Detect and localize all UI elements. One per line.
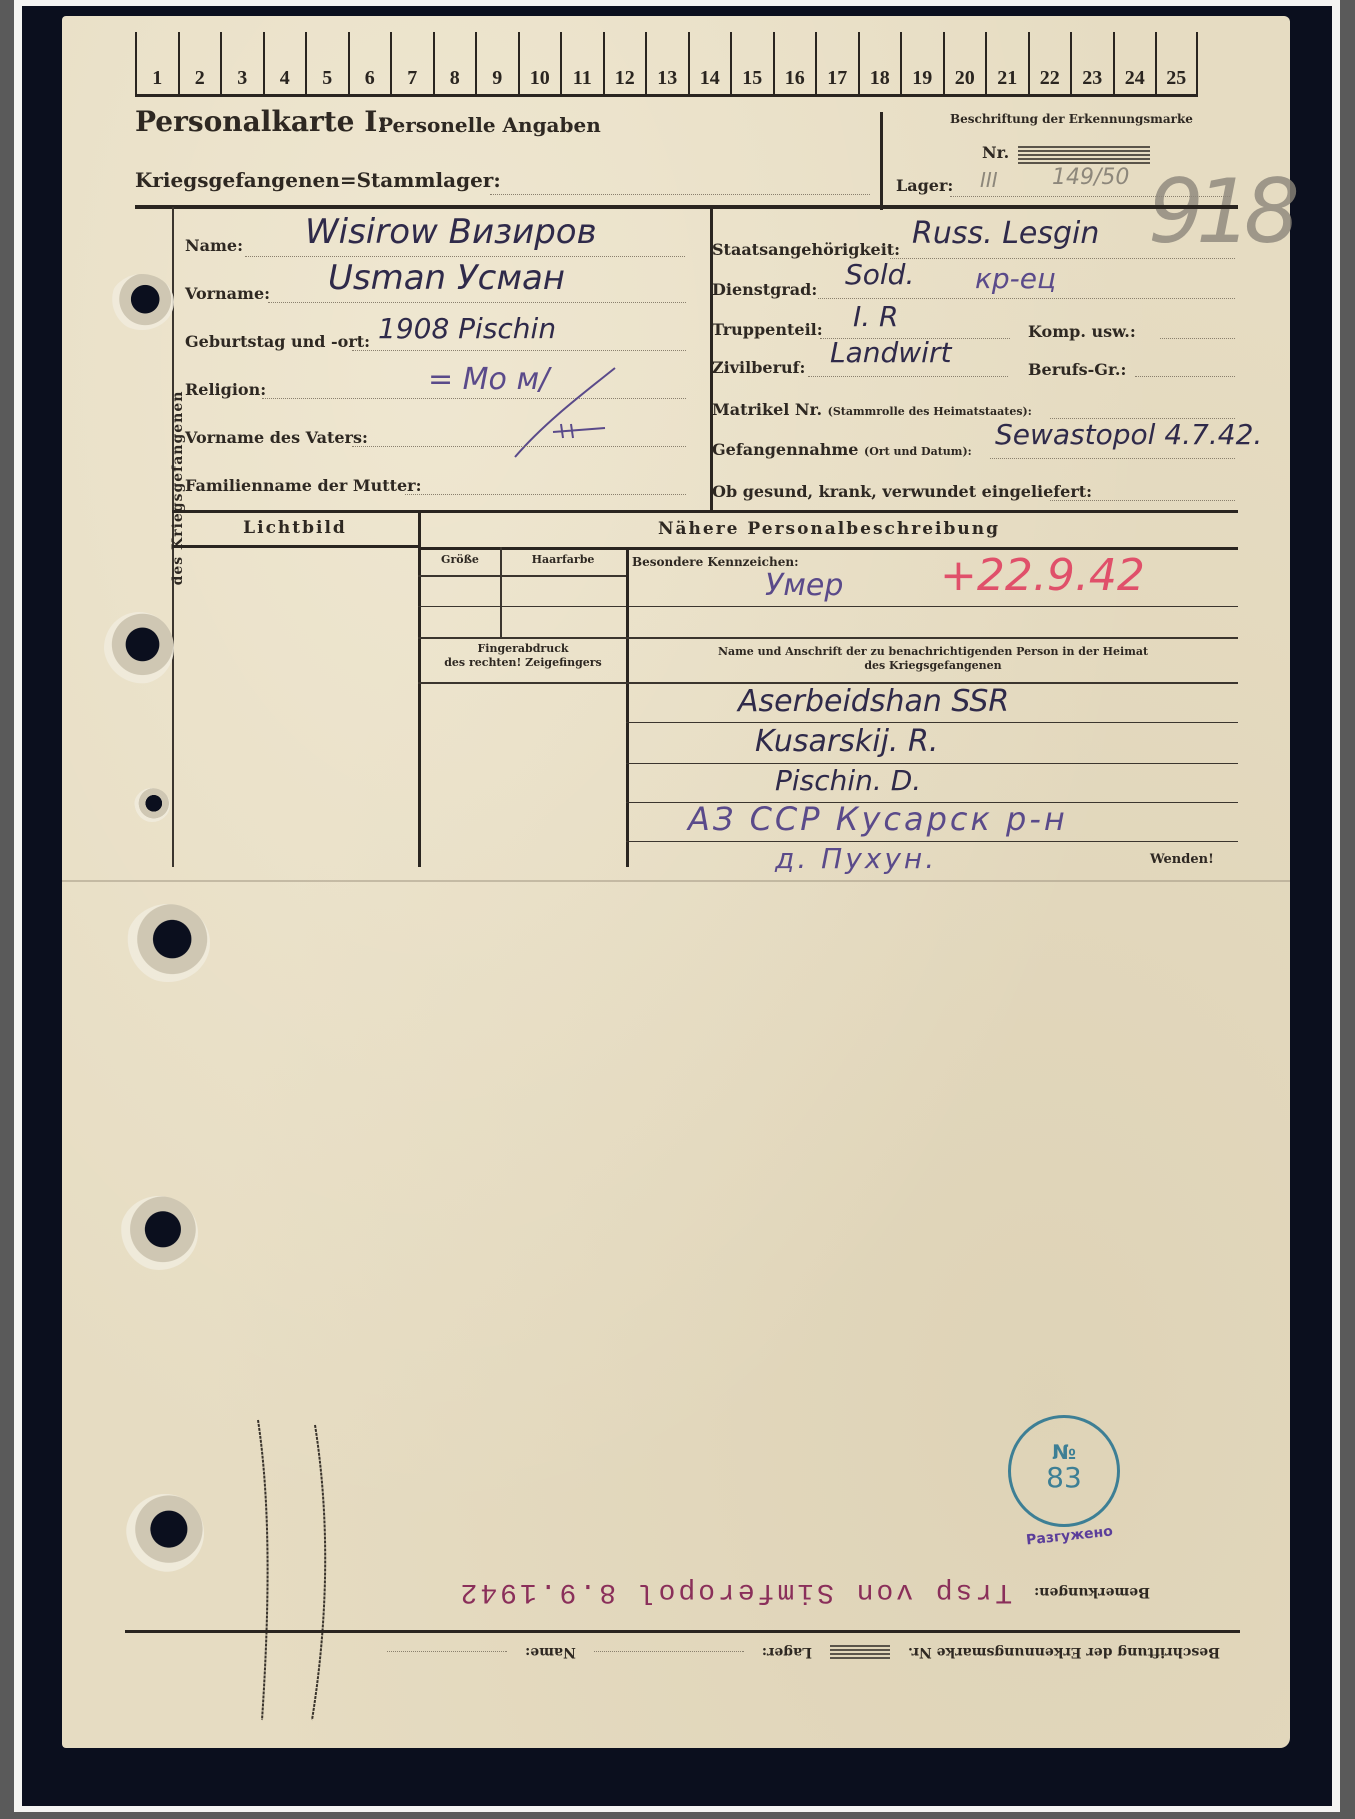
groesse-header-rule — [418, 575, 626, 577]
contact-label-line1: Name und Anschrift der zu benachrichtige… — [628, 645, 1238, 659]
vertical-side-label: des Kriegsgefangenen — [170, 368, 186, 608]
komp-field-line — [1160, 338, 1235, 339]
address-line-2: Kusarskij. R. — [755, 724, 938, 759]
strip-cell: 2 — [178, 32, 221, 94]
strip-cell: 17 — [815, 32, 858, 94]
staat-value: Russ. Lesgin — [912, 216, 1099, 251]
groesse-row-rule — [418, 606, 1238, 607]
address-rule-2 — [626, 763, 1238, 764]
geburt-value: 1908 Pischin — [378, 312, 556, 345]
name-value: Wisirow Визиров — [305, 212, 597, 252]
card-title: Personalkarte I: — [135, 105, 388, 138]
vorname-field-line — [268, 302, 686, 303]
staat-field-line — [890, 258, 1235, 259]
header-bottom-rule — [135, 205, 1238, 209]
caption-lager-field — [594, 1652, 744, 1653]
name-label: Name: — [185, 236, 243, 255]
address-rule-1 — [626, 722, 1238, 723]
zivilberuf-label: Zivilberuf: — [712, 358, 805, 377]
punch-hole — [110, 274, 174, 330]
strip-cell: 4 — [263, 32, 306, 94]
pencil-curve-marks — [240, 1400, 360, 1730]
strip-cell: 18 — [858, 32, 901, 94]
contact-person-label: Name und Anschrift der zu benachrichtige… — [628, 645, 1238, 673]
gefangennahme-label: Gefangennahme (Ort und Datum): — [712, 440, 972, 459]
groesse-haarfarbe-divider — [500, 547, 502, 639]
dienstgrad-label: Dienstgrad: — [712, 280, 817, 299]
stammlager-field — [490, 194, 870, 195]
lichtbild-label: Lichtbild — [172, 518, 418, 538]
strip-cell: 14 — [688, 32, 731, 94]
strip-cell: 12 — [603, 32, 646, 94]
nr-redacted-bars — [1018, 146, 1150, 164]
geburt-field-line — [352, 350, 686, 351]
wenden-note: Wenden! — [1150, 852, 1214, 867]
truppenteil-value: I. R — [853, 300, 899, 333]
kennzeichen-column-divider — [626, 547, 629, 867]
camp-stamp-83: № 83 — [1008, 1415, 1120, 1527]
religion-label: Religion: — [185, 380, 266, 399]
bottom-rule — [125, 1630, 1240, 1633]
dienstgrad-value: Sold. — [845, 258, 914, 291]
address-line-4-cyrillic: АЗ ССР Кусарск р-н — [688, 800, 1068, 838]
strip-cell: 11 — [560, 32, 603, 94]
strip-cell: 8 — [433, 32, 476, 94]
vorname-value: Usman Усман — [328, 258, 565, 298]
berufs-gr-field-line — [1135, 376, 1235, 377]
kennzeichen-label: Besondere Kennzeichen: — [632, 555, 799, 569]
death-date-note: +22.9.42 — [940, 550, 1145, 601]
fingerabdruck-label-line1: Fingerabdruck — [420, 642, 626, 656]
strip-cell: 20 — [943, 32, 986, 94]
punch-hole — [134, 788, 170, 822]
staat-label: Staatsangehörigkeit: — [712, 240, 900, 259]
nr-label: Nr. — [982, 143, 1009, 162]
strip-cell: 1 — [135, 32, 178, 94]
zustand-field-line — [1050, 500, 1235, 501]
gefangennahme-value: Sewastopol 4.7.42. — [995, 418, 1262, 451]
lager-label: Lager: — [896, 176, 953, 195]
caption-name-field — [387, 1652, 507, 1653]
bemerkungen-label: Bemerkungen: — [1034, 1584, 1150, 1600]
strip-cell: 15 — [730, 32, 773, 94]
mutter-field-line — [405, 494, 686, 495]
strip-cell: 23 — [1070, 32, 1113, 94]
punch-hole — [120, 1196, 198, 1270]
zustand-label: Ob gesund, krank, verwundet eingeliefert… — [712, 482, 1092, 501]
strip-cell: 7 — [390, 32, 433, 94]
strip-cell: 10 — [518, 32, 561, 94]
gefangennahme-field-line — [990, 458, 1235, 459]
caption-name-label: Name: — [525, 1644, 576, 1660]
strip-cell: 24 — [1113, 32, 1156, 94]
vorname-label: Vorname: — [185, 284, 270, 303]
punch-hole — [104, 612, 174, 684]
fingerabdruck-label-line2: des rechten! Zeigefingers — [420, 656, 626, 670]
caption-nr-redacted-bars — [830, 1645, 890, 1659]
vater-field-line — [352, 446, 686, 447]
erkennungsmarke-caption-inverted: Beschriftung der Erkennungsmarke Nr. Lag… — [380, 1640, 1220, 1664]
fold-crease — [62, 880, 1290, 882]
strip-cell: 5 — [305, 32, 348, 94]
strip-cell: 19 — [900, 32, 943, 94]
strip-cell: 22 — [1028, 32, 1071, 94]
finger-header-top-rule — [418, 637, 1238, 639]
caption-lager-label: Lager: — [762, 1644, 812, 1660]
strip-cell: 21 — [985, 32, 1028, 94]
contact-label-line2: des Kriegsgefangenen — [628, 659, 1238, 673]
address-line-1: Aserbeidshan SSR — [738, 684, 1009, 719]
groesse-label: Größe — [420, 553, 500, 566]
punch-hole — [126, 1494, 204, 1572]
stamp-number: 83 — [1011, 1464, 1117, 1492]
geburt-label: Geburtstag und -ort: — [185, 332, 370, 351]
erkennungsmarke-heading: Beschriftung der Erkennungsmarke — [950, 112, 1193, 126]
lager-number-value: 149/50 — [1052, 165, 1129, 190]
address-line-3: Pischin. D. — [775, 764, 921, 797]
zivilberuf-field-line — [808, 376, 1008, 377]
bemerkungen-value: Trsp von Simferopol 8.9.1942 — [458, 1577, 1012, 1608]
strip-cell: 16 — [773, 32, 816, 94]
number-strip: 1 2 3 4 5 6 7 8 9 10 11 12 13 14 15 16 1… — [135, 32, 1198, 97]
strip-cell: 9 — [475, 32, 518, 94]
zivilberuf-value: Landwirt — [830, 336, 951, 369]
haarfarbe-label: Haarfarbe — [502, 553, 624, 566]
strip-cell: 3 — [220, 32, 263, 94]
truppenteil-label: Truppenteil: — [712, 320, 823, 339]
strip-cell: 13 — [645, 32, 688, 94]
card-subtitle: Personelle Angaben — [378, 113, 601, 137]
personalbeschreibung-title: Nähere Personalbeschreibung — [420, 519, 1238, 539]
pencil-note-918: 918 — [1148, 160, 1292, 263]
bemerkungen-row-inverted: Bemerkungen: Trsp von Simferopol 8.9.194… — [370, 1572, 1150, 1612]
matrikel-label: Matrikel Nr. (Stammrolle des Heimatstaat… — [712, 400, 1032, 419]
vater-label: Vorname des Vaters: — [185, 428, 368, 447]
fingerabdruck-label: Fingerabdruck des rechten! Zeigefingers — [420, 642, 626, 670]
strip-cell: 6 — [348, 32, 391, 94]
name-field-line — [245, 256, 685, 257]
strip-cell: 25 — [1155, 32, 1198, 94]
lichtbild-header-rule — [172, 545, 418, 548]
caption-erkennungsmarke-label: Beschriftung der Erkennungsmarke Nr. — [908, 1644, 1220, 1660]
berufs-gr-label: Berufs-Gr.: — [1028, 360, 1126, 379]
stammlager-label: Kriegsgefangenen=Stammlager: — [135, 168, 501, 192]
religion-slash-mark — [505, 362, 625, 462]
mutter-label: Familienname der Mutter: — [185, 476, 422, 495]
kennzeichen-value: Умер — [765, 568, 843, 603]
komp-label: Komp. usw.: — [1028, 322, 1136, 341]
personal-bottom-rule — [172, 510, 1238, 513]
header-divider — [880, 112, 883, 210]
address-line-5-cyrillic: д. Пухун. — [775, 842, 937, 875]
dienstgrad-field-line — [818, 298, 1235, 299]
punch-hole — [126, 904, 210, 982]
dienstgrad-value-cyrillic: кр-ец — [975, 262, 1056, 295]
lager-roman-value: III — [980, 168, 998, 192]
